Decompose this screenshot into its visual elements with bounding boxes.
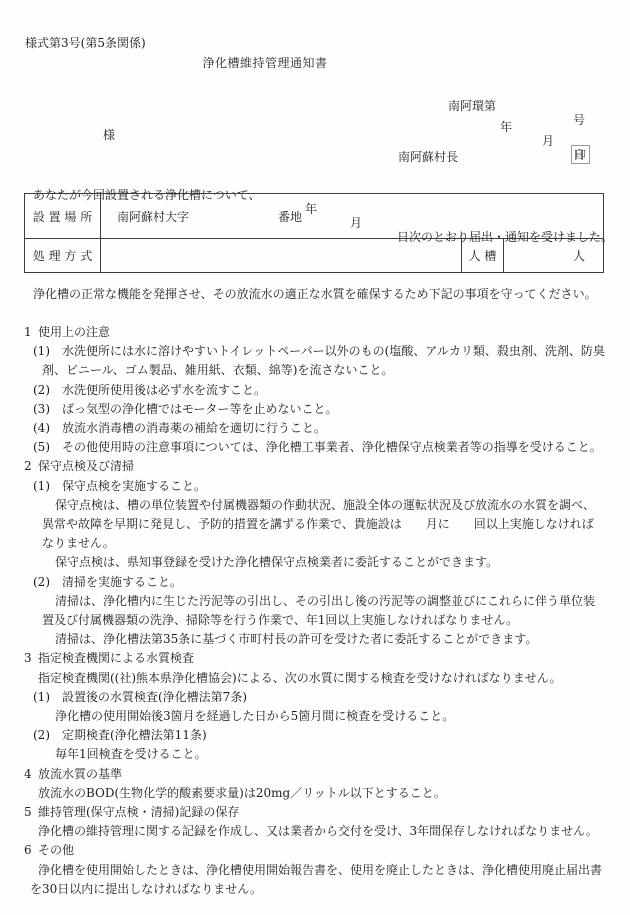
document-title: 浄化槽維持管理通知書 <box>0 54 530 71</box>
date-year-label: 年 <box>500 118 512 135</box>
line-marker: (2) <box>33 381 62 400</box>
line-text: 浄化槽の維持管理に関する記録を作成し、又は業者から交付を受け、3年間保存しなけれ… <box>38 824 598 838</box>
line-text: 保守点検は、槽の単位装置や付属機器類の作動状況、施設全体の運転状況及び放流水の水… <box>55 498 595 512</box>
line-marker: (1) <box>33 477 62 496</box>
document-line: 浄化槽の維持管理に関する記録を作成し、又は業者から交付を受け、3年間保存しなけれ… <box>0 822 630 841</box>
line-text: 指定検査機関による水質検査 <box>38 651 194 665</box>
document-line: なりません。 <box>0 534 630 553</box>
document-line: 指定検査機関((社)熊本県浄化槽協会)による、次の水質に関する検査を受けなければ… <box>0 669 630 688</box>
date-line: 年 月 日 <box>0 104 630 120</box>
document-line: 2保守点検及び清掃 <box>0 457 630 476</box>
line-text: 保守点検及び清掃 <box>38 459 134 473</box>
line-text: 毎年1回検査を受けること。 <box>55 747 207 761</box>
document-line: (2)清掃を実施すること。 <box>0 573 630 592</box>
line-text: 置及び付属機器類の洗浄、掃除等を行う作業で、年1回以上実施しなければなりません。 <box>42 613 518 627</box>
document-line: 4放流水質の基準 <box>0 765 630 784</box>
document-line: (2)定期検査(浄化槽法第11条) <box>0 726 630 745</box>
line-text: 浄化槽の使用開始後3箇月を経過した日から5箇月間に検査を受けること。 <box>55 709 454 723</box>
document-line: 剤、ビニール、ゴム製品、雑用紙、衣類、綿等)を流さないこと。 <box>0 361 630 380</box>
line-marker: (2) <box>33 726 62 745</box>
line-text: 異常や故障を早期に発見し、予防的措置を講ずる作業で、貴施設は 月に 回以上実施し… <box>42 517 594 531</box>
document-line: を30日以内に提出しなければなりません。 <box>0 880 630 899</box>
document-line: (1)保守点検を実施すること。 <box>0 477 630 496</box>
line-text: 放流水のBOD(生物化学的酸素要求量)は20mg／リットル以下とすること。 <box>38 786 446 800</box>
line-text: その他 <box>38 843 74 857</box>
document-line: 浄化槽を使用開始したときは、浄化槽使用開始報告書を、使用を廃止したときは、浄化槽… <box>0 861 630 880</box>
installation-place-suffix: 番地 <box>278 208 302 225</box>
date-month-label: 月 <box>542 132 554 149</box>
notice-line: 浄化槽の正常な機能を発揮させ、その放流水の適正な水質を確保するため下記の事項を守… <box>33 285 597 302</box>
line-marker: (4) <box>33 419 62 438</box>
document-line: 5維持管理(保守点検・清掃)記録の保存 <box>0 803 630 822</box>
document-line: 1使用上の注意 <box>0 323 630 342</box>
line-marker: (1) <box>33 688 62 707</box>
document-line: (4)放流水消毒槽の消毒薬の補給を適切に行うこと。 <box>0 419 630 438</box>
document-line: (2)水洗便所使用後は必ず水を流すこと。 <box>0 381 630 400</box>
line-text: 設置後の水質検査(浄化槽法第7条) <box>62 690 247 704</box>
installation-place-value: 南阿蘇村大字 番地 <box>101 194 603 239</box>
document-line: 保守点検は、県知事登録を受けた浄化槽保守点検業者に委託することができます。 <box>0 553 630 572</box>
line-marker: 4 <box>24 765 38 784</box>
line-text: その他使用時の注意事項については、浄化槽工事業者、浄化槽保守点検業者等の指導を受… <box>62 440 602 454</box>
line-text: 保守点検を実施すること。 <box>62 479 206 493</box>
form-number: 様式第3号(第5条関係) <box>25 34 146 51</box>
line-text: 指定検査機関((社)熊本県浄化槽協会)による、次の水質に関する検査を受けなければ… <box>38 671 561 685</box>
document-line: 清掃は、浄化槽法第35条に基づく市町村長の許可を受けた者に委託することができます… <box>0 630 630 649</box>
line-text: 清掃は、浄化槽法第35条に基づく市町村長の許可を受けた者に委託することができます… <box>55 632 537 646</box>
placement-table: 設 置 場 所 南阿蘇村大字 番地 処 理 方 式 人 槽 人 <box>24 193 604 273</box>
line-text: 浄化槽を使用開始したときは、浄化槽使用開始報告書を、使用を廃止したときは、浄化槽… <box>38 863 602 877</box>
line-text: 水洗便所には水に溶けやすいトイレットペーパー以外のもの(塩酸、アルカリ類、殺虫剤… <box>62 344 605 358</box>
line-text: 放流水消毒槽の消毒薬の補給を適切に行うこと。 <box>62 421 326 435</box>
line-text: 清掃を実施すること。 <box>62 575 182 589</box>
capacity-unit: 人 <box>504 239 603 272</box>
document-line: (1)設置後の水質検査(浄化槽法第7条) <box>0 688 630 707</box>
line-text: 水洗便所使用後は必ず水を流すこと。 <box>62 383 266 397</box>
line-marker: (5) <box>33 438 62 457</box>
line-text: 清掃は、浄化槽内に生じた汚泥等の引出し、その引出し後の汚泥等の調整並びにこれらに… <box>55 594 595 608</box>
line-text: 保守点検は、県知事登録を受けた浄化槽保守点検業者に委託することができます。 <box>55 555 498 569</box>
issuer-line: 南阿蘇村長 印 <box>0 148 630 168</box>
line-text: 放流水質の基準 <box>38 767 122 781</box>
line-marker: 6 <box>24 841 38 860</box>
installation-place-prefix: 南阿蘇村大字 <box>117 208 189 225</box>
document-line: 浄化槽の使用開始後3箇月を経過した日から5箇月間に検査を受けること。 <box>0 707 630 726</box>
line-text: 定期検査(浄化槽法第11条) <box>62 728 207 742</box>
line-text: 剤、ビニール、ゴム製品、雑用紙、衣類、綿等)を流さないこと。 <box>42 363 393 377</box>
line-text: を30日以内に提出しなければなりません。 <box>30 882 262 896</box>
document-line: 清掃は、浄化槽内に生じた汚泥等の引出し、その引出し後の汚泥等の調整並びにこれらに… <box>0 592 630 611</box>
line-marker: 1 <box>24 323 38 342</box>
document-line: 保守点検は、槽の単位装置や付属機器類の作動状況、施設全体の運転状況及び放流水の水… <box>0 496 630 515</box>
document-line: 置及び付属機器類の洗浄、掃除等を行う作業で、年1回以上実施しなければなりません。 <box>0 611 630 630</box>
issuer-name: 南阿蘇村長 <box>398 148 458 165</box>
line-marker: (1) <box>33 342 62 361</box>
treatment-method-label: 処 理 方 式 <box>25 239 101 272</box>
line-text: ばっ気型の浄化槽ではモーター等を止めないこと。 <box>62 402 338 416</box>
document-line: (1)水洗便所には水に溶けやすいトイレットペーパー以外のもの(塩酸、アルカリ類、… <box>0 342 630 361</box>
line-marker: (2) <box>33 573 62 592</box>
document-line: 6その他 <box>0 841 630 860</box>
document-line: (3)ばっ気型の浄化槽ではモーター等を止めないこと。 <box>0 400 630 419</box>
installation-place-label: 設 置 場 所 <box>25 194 101 239</box>
line-text: なりません。 <box>42 536 115 550</box>
line-marker: (3) <box>33 400 62 419</box>
reference-number-line: 南阿環第 号 <box>0 83 630 99</box>
intro-line: あなたが今回設置される浄化槽について、 年 月 日次のとおり届出・通知を受けまし… <box>0 172 630 188</box>
document-line: 3指定検査機関による水質検査 <box>0 649 630 668</box>
line-marker: 3 <box>24 649 38 668</box>
document-line: 異常や故障を早期に発見し、予防的措置を講ずる作業で、貴施設は 月に 回以上実施し… <box>0 515 630 534</box>
document-line: (5)その他使用時の注意事項については、浄化槽工事業者、浄化槽保守点検業者等の指… <box>0 438 630 457</box>
document-line: 放流水のBOD(生物化学的酸素要求量)は20mg／リットル以下とすること。 <box>0 784 630 803</box>
line-marker: 5 <box>24 803 38 822</box>
seal-stamp: 印 <box>571 145 590 164</box>
line-text: 維持管理(保守点検・清掃)記録の保存 <box>38 805 239 819</box>
capacity-label: 人 槽 <box>462 239 504 272</box>
addressee-suffix: 様 <box>103 126 115 143</box>
treatment-method-value <box>101 239 462 272</box>
document-page: 様式第3号(第5条関係) 浄化槽維持管理通知書 南阿環第 号 年 月 日 様 南… <box>0 0 630 915</box>
document-line: 毎年1回検査を受けること。 <box>0 745 630 764</box>
line-text: 使用上の注意 <box>38 325 110 339</box>
notice-body: 1使用上の注意(1)水洗便所には水に溶けやすいトイレットペーパー以外のもの(塩酸… <box>0 323 630 899</box>
line-marker: 2 <box>24 457 38 476</box>
